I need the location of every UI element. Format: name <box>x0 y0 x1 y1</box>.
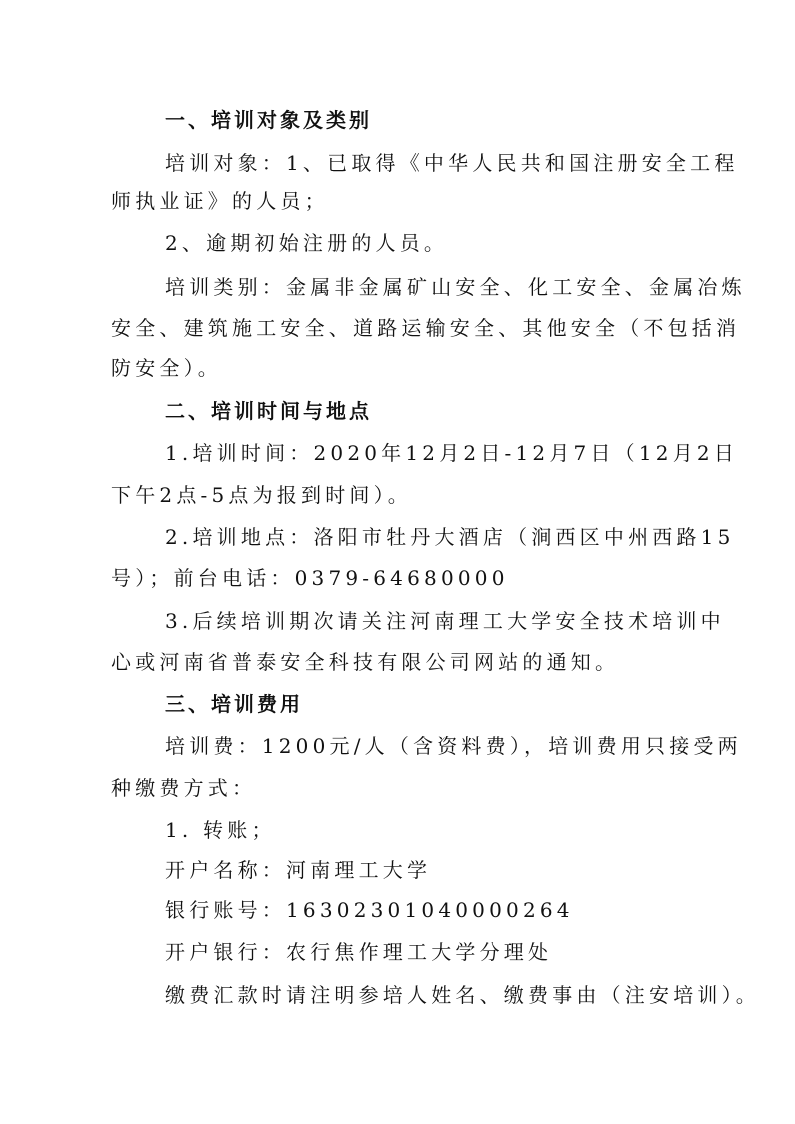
section-heading-3: 三、培训费用 <box>165 692 303 716</box>
paragraph-line: 培训对象：1、已取得《中华人民共和国注册安全工程 <box>165 151 739 175</box>
paragraph-line: 防安全）。 <box>111 356 222 380</box>
account-name-line: 开户名称：河南理工大学 <box>165 858 431 882</box>
paragraph-line: 种缴费方式： <box>111 776 256 800</box>
account-number-line: 银行账号：16302301040000264 <box>165 898 574 922</box>
paragraph-line: 安全、建筑施工安全、道路运输安全、其他安全（不包括消 <box>111 316 740 340</box>
paragraph-line: 2、逾期初始注册的人员。 <box>165 231 448 255</box>
paragraph-line: 1.培训时间：2020年12月2日-12月7日（12月2日 <box>165 441 738 465</box>
document-page: 一、培训对象及类别 培训对象：1、已取得《中华人民共和国注册安全工程 师执业证》… <box>0 0 795 1124</box>
section-heading-1: 一、培训对象及类别 <box>165 108 372 132</box>
paragraph-line: 培训费：1200元/人（含资料费），培训费用只接受两 <box>165 734 742 758</box>
paragraph-line: 2.培训地点：洛阳市牡丹大酒店（涧西区中州西路15 <box>165 525 735 549</box>
bank-branch-line: 开户银行：农行焦作理工大学分理处 <box>165 940 552 964</box>
paragraph-line: 心或河南省普泰安全科技有限公司网站的通知。 <box>111 650 619 674</box>
section-heading-2: 二、培训时间与地点 <box>165 399 372 423</box>
paragraph-line: 下午2点-5点为报到时间）。 <box>111 483 412 507</box>
paragraph-line: 3.后续培训期次请关注河南理工大学安全技术培训中 <box>165 609 725 633</box>
paragraph-line: 师执业证》的人员； <box>111 189 329 213</box>
paragraph-line: 培训类别：金属非金属矿山安全、化工安全、金属冶炼 <box>165 275 746 299</box>
paragraph-line: 缴费汇款时请注明参培人姓名、缴费事由（注安培训）。 <box>165 983 760 1007</box>
paragraph-line: 号）；前台电话：0379-64680000 <box>111 566 509 590</box>
paragraph-line: 1. 转账； <box>165 818 276 842</box>
